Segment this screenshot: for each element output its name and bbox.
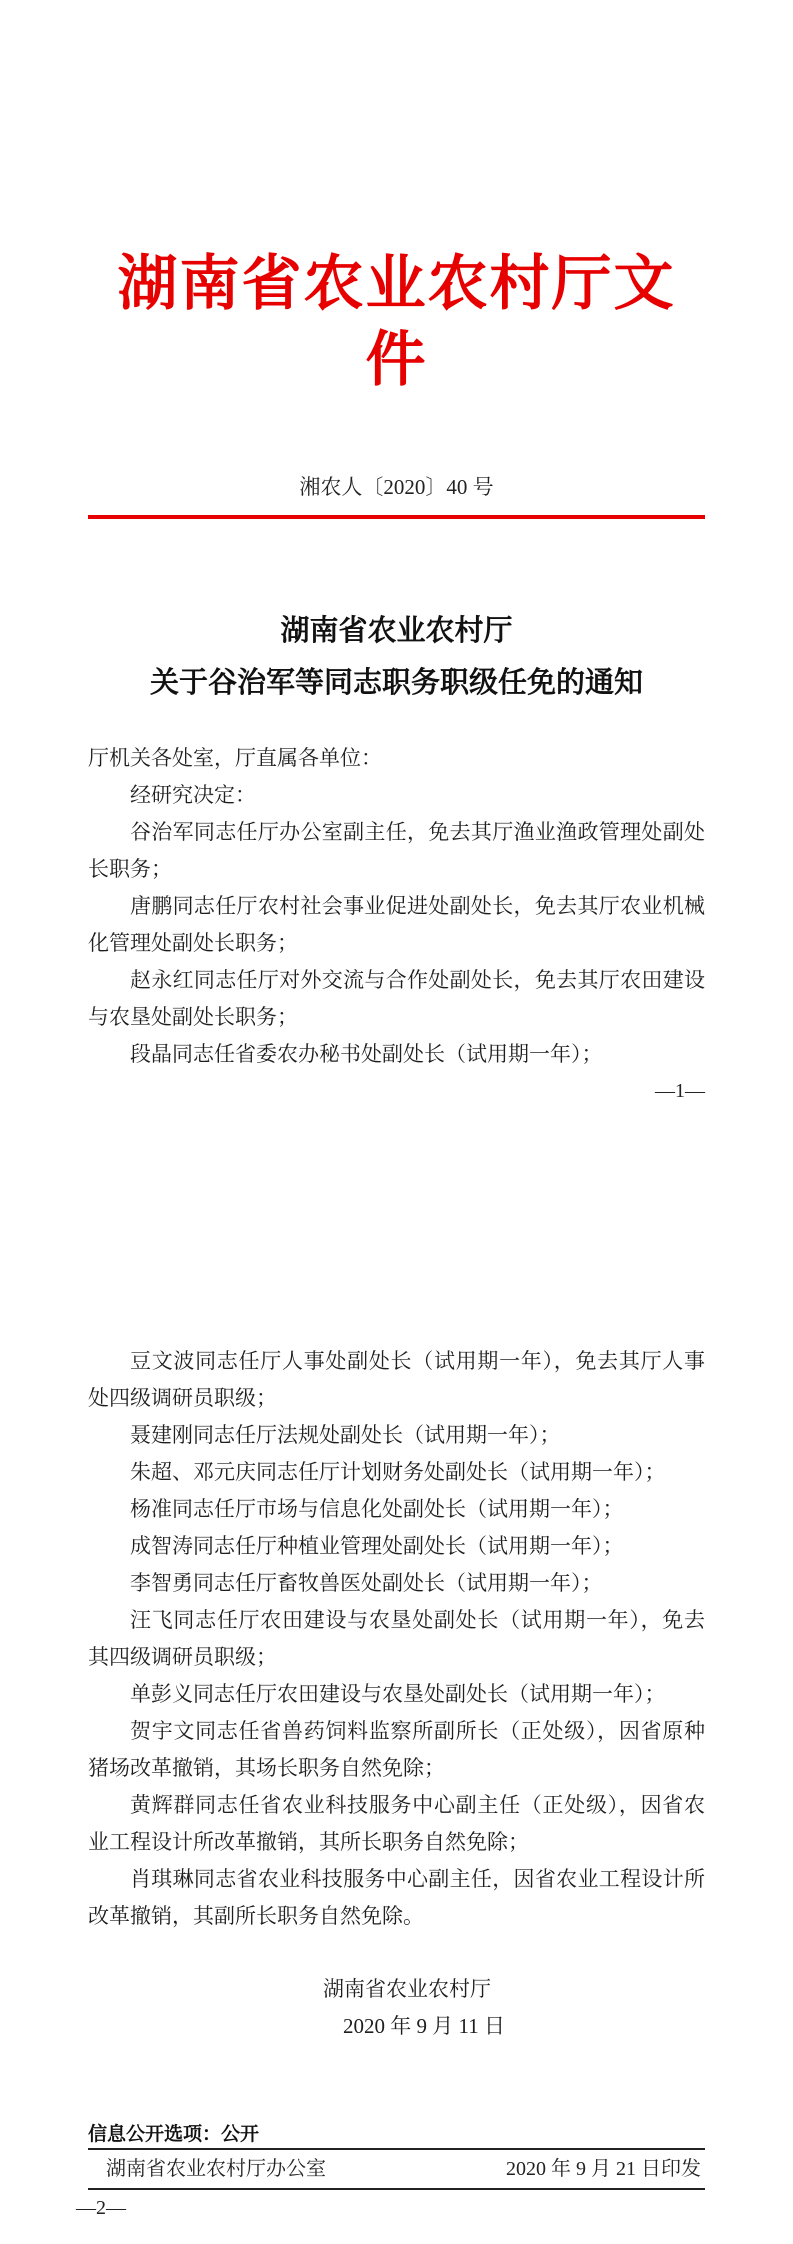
document-number: 湘农人〔2020〕40 号 <box>88 474 705 500</box>
body-paragraph: 豆文波同志任厅人事处副处长（试用期一年），免去其厅人事处四级调研员职级； <box>88 1343 705 1417</box>
body-paragraph: 经研究决定： <box>88 777 705 814</box>
document-title-line1: 湖南省农业农村厅 <box>88 605 705 657</box>
body-paragraph: 聂建刚同志任厅法规处副处长（试用期一年）； <box>88 1417 705 1454</box>
official-document-page: 湖南省农业农村厅文件 湘农人〔2020〕40 号 湖南省农业农村厅 关于谷治军等… <box>0 0 793 2244</box>
page-number-1: —1— <box>88 1073 705 1110</box>
body-paragraph: 肖琪琳同志省农业科技服务中心副主任，因省农业工程设计所改革撤销，其副所长职务自然… <box>88 1861 705 1935</box>
footer-rule-bottom <box>88 2188 705 2190</box>
disclosure-option-line: 信息公开选项：公开 <box>88 2122 705 2148</box>
red-divider-rule <box>88 515 705 519</box>
body-paragraph: 朱超、邓元庆同志任厅计划财务处副处长（试用期一年）； <box>88 1454 705 1491</box>
body-paragraph: 唐鹏同志任厅农村社会事业促进处副处长，免去其厅农业机械化管理处副处长职务； <box>88 888 705 962</box>
body-paragraph: 李智勇同志任厅畜牧兽医处副处长（试用期一年）； <box>88 1565 705 1602</box>
issuing-office: 湖南省农业农村厅办公室 <box>106 2156 326 2182</box>
body-paragraph: 汪飞同志任厅农田建设与农垦处副处长（试用期一年），免去其四级调研员职级； <box>88 1602 705 1676</box>
document-content: 湖南省农业农村厅文件 湘农人〔2020〕40 号 湖南省农业农村厅 关于谷治军等… <box>88 0 705 2222</box>
document-title-line2: 关于谷治军等同志职务职级任免的通知 <box>88 657 705 709</box>
body-paragraph: 赵永红同志任厅对外交流与合作处副处长，免去其厅农田建设与农垦处副处长职务； <box>88 962 705 1036</box>
document-footer: 信息公开选项：公开 湖南省农业农村厅办公室 2020 年 9 月 21 日印发 … <box>88 2122 705 2222</box>
body-paragraph: 段晶同志任省委农办秘书处副处长（试用期一年）； <box>88 1036 705 1073</box>
issuing-office-line: 湖南省农业农村厅办公室 2020 年 9 月 21 日印发 <box>88 2150 705 2188</box>
body-paragraph: 谷治军同志任厅办公室副主任，免去其厅渔业渔政管理处副处长职务； <box>88 814 705 888</box>
signing-authority: 湖南省农业农村厅 <box>88 1971 505 2008</box>
document-title: 湖南省农业农村厅 关于谷治军等同志职务职级任免的通知 <box>88 605 705 709</box>
signing-date: 2020 年 9 月 11 日 <box>88 2008 505 2045</box>
body-paragraph: 贺宇文同志任省兽药饲料监察所副所长（正处级），因省原种猪场改革撤销，其场长职务自… <box>88 1713 705 1787</box>
page-number-2: —2— <box>76 2194 705 2222</box>
body-paragraph: 杨准同志任厅市场与信息化处副处长（试用期一年）； <box>88 1491 705 1528</box>
salutation-line: 厅机关各处室，厅直属各单位： <box>88 740 705 777</box>
body-paragraph: 单彭义同志任厅农田建设与农垦处副处长（试用期一年）； <box>88 1676 705 1713</box>
red-header-banner: 湖南省农业农村厅文件 <box>88 0 705 398</box>
print-date: 2020 年 9 月 21 日印发 <box>506 2156 701 2182</box>
body-paragraph: 成智涛同志任厅种植业管理处副处长（试用期一年）； <box>88 1528 705 1565</box>
body-paragraph: 黄辉群同志任省农业科技服务中心副主任（正处级），因省农业工程设计所改革撤销，其所… <box>88 1787 705 1861</box>
page1-body: 厅机关各处室，厅直属各单位： 经研究决定： 谷治军同志任厅办公室副主任，免去其厅… <box>88 740 705 1073</box>
signature-block: 湖南省农业农村厅 2020 年 9 月 11 日 <box>88 1971 705 2045</box>
page2-body: 豆文波同志任厅人事处副处长（试用期一年），免去其厅人事处四级调研员职级； 聂建刚… <box>88 1343 705 1935</box>
